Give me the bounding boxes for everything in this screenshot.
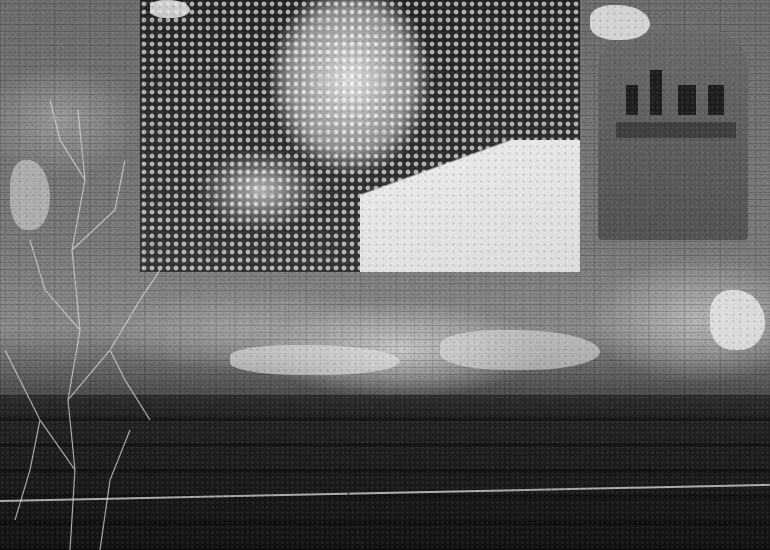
photograph	[0, 0, 770, 550]
film-grain	[0, 0, 770, 550]
